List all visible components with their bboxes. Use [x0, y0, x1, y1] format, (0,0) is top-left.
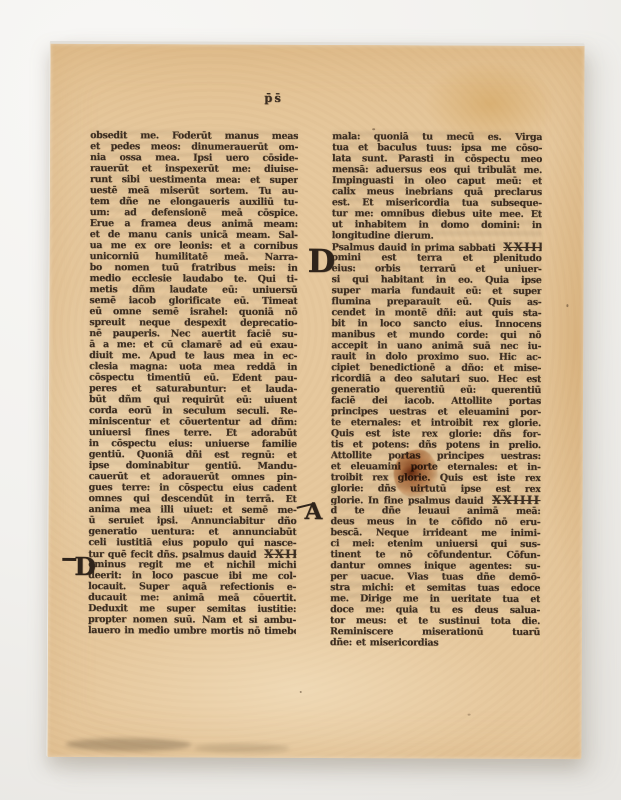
text-line: Quis est iste rex glorie: dñs for- — [331, 428, 541, 440]
text-line: bescā. Neque irrideant me inimi- — [330, 527, 540, 539]
text-line: Psalmus dauid in prima sabbati XXIII — [332, 241, 542, 253]
text-line: est. Et misericordia tua subseque- — [332, 197, 542, 209]
running-header: p̄s̄ — [264, 91, 324, 105]
text-line: propter nomen suū. Nam et si ambu- — [88, 614, 296, 626]
text-line: rauit in dolo proximo suo. Hic ac- — [331, 351, 541, 363]
text-line: glorie. In fine psalmus dauid XXIIII — [331, 494, 541, 506]
text-line: Attollite portas principes uestras: — [331, 450, 541, 462]
right-text-column: D A mala: quoniā tu mecū es. Virgatua et… — [330, 131, 542, 649]
text-line: locauit. Super aquā refectionis e- — [88, 581, 296, 593]
text-line: clesia magna: uota mea reddā in — [89, 361, 297, 373]
text-line: d te dñe leuaui animā meā: — [330, 505, 540, 517]
text-line: flumina preparauit eū. Quis as- — [331, 296, 541, 308]
text-line: uestē meā miserūt sortem. Tu au- — [90, 185, 298, 197]
text-line: mala: quoniā tu mecū es. Virga — [332, 131, 542, 143]
text-line: Erue a framea deus animā meam: — [90, 218, 298, 230]
text-line: te eternales: et introibit rex glorie. — [331, 417, 541, 429]
drop-cap-psalm-24: A — [304, 502, 322, 521]
text-line: accepit in uano animā suā nec iu- — [331, 340, 541, 352]
text-line: rauerūt et inspexerūt me: diuise- — [90, 163, 298, 175]
text-line: tua et baculus tuus: ipsa me cōso- — [332, 142, 542, 154]
text-line: Impinguasti in oleo caput meū: et — [332, 175, 542, 187]
text-line: runt sibi uestimenta mea: et super — [90, 174, 298, 186]
text-line: diuit me. Apud te laus mea in ec- — [89, 350, 297, 362]
text-line: semē iacob glorificate eū. Timeat — [89, 295, 297, 307]
text-line: glorie: dñs uirtutū ipse est rex — [331, 483, 541, 495]
text-line: obsedit me. Foderūt manus meas — [90, 130, 298, 142]
text-line: et pedes meos: dinumerauerūt om- — [90, 141, 298, 153]
text-line: cauerūt et adorauerūt omnes pin- — [89, 471, 297, 483]
text-line: gentiū. Quoniā dñi est regnū: et — [89, 449, 297, 461]
text-line: ricordiā a deo salutari suo. Hec est — [331, 373, 541, 385]
dirt-smudge — [65, 738, 191, 752]
text-line: um: ad defensionē meā cōspice. — [90, 207, 298, 219]
text-line: manibus et mundo corde: qui nō — [331, 329, 541, 341]
text-line: spreuit neque despexit deprecatio- — [89, 317, 297, 329]
text-line: tur me: omnibus diebus uite mee. Et — [332, 208, 542, 220]
drop-cap-psalm-23: D — [308, 248, 336, 275]
text-line: cōspectu timentiū eū. Edent pau- — [89, 372, 297, 384]
text-line: per uacue. Vias tuas dñe demō- — [330, 571, 540, 583]
text-line: ipse dominabitur gentiū. Mandu- — [89, 460, 297, 472]
text-line: ut inhabitem in domo domini: in — [332, 219, 542, 231]
text-line: ā a me: et cū clamarē ad eū exau- — [89, 339, 297, 351]
text-line: medio ecclesie laudabo te. Qui ti- — [90, 273, 298, 285]
text-line: tinent te nō cōfundentur. Cōfun- — [330, 549, 540, 561]
text-line: nia ossa mea. Ipsi uero cōside- — [90, 152, 298, 164]
text-line: bo nomen tuū fratribus meis: in — [90, 262, 298, 274]
text-line: generatio querentiū eū: querentiū — [331, 384, 541, 396]
text-line: tur quē fecit dñs. psalmus dauid XXII — [88, 548, 296, 560]
text-line: eū omne semē israhel: quoniā nō — [89, 306, 297, 318]
ink-fleck — [566, 304, 568, 307]
ink-fleck — [300, 691, 302, 693]
text-line: peres et saturabuntur: et lauda- — [89, 383, 297, 395]
chapter-numeral: XXIIII — [488, 494, 540, 506]
text-line: ū seruiet ipsi. Annunciabitur dño — [88, 515, 296, 527]
text-line: tem dñe ne elongaueris auxiliū tu- — [90, 196, 298, 208]
text-line: me. Dirige me in ueritate tua et — [330, 593, 540, 605]
text-line: ua me ex ore leonis: et a cornibus — [90, 240, 298, 252]
chapter-numeral: XXIII — [499, 241, 541, 253]
text-line: si qui habitant in eo. Quia ipse — [332, 274, 542, 286]
text-line: super maria fundauit eū: et super — [331, 285, 541, 297]
text-line: anima mea illi uiuet: et semē me- — [88, 504, 296, 516]
left-text-column: D obsedit me. Foderūt manus measet pedes… — [88, 130, 298, 637]
ink-fleck — [372, 128, 375, 130]
text-line: Reminiscere miserationū tuarū — [330, 626, 540, 638]
text-line: faciē dei iacob. Attollite portas — [331, 395, 541, 407]
text-line: būt dñm qui requirūt eū: uiuent — [89, 394, 297, 406]
text-line: uniuersi fines terre. Et adorabūt — [89, 427, 297, 439]
text-line: ominus regit me et nichil michi — [88, 559, 296, 571]
text-line: dantur omnes inique agentes: su- — [330, 560, 540, 572]
text-line: generatio uentura: et annunciabūt — [88, 526, 296, 538]
text-line: lauero in medio umbre mortis nō timebo — [88, 625, 296, 637]
dirt-smudge — [193, 743, 289, 752]
text-line: principes uestras et eleuamini por- — [331, 406, 541, 418]
text-line: tor meus: et te sustinui tota die. — [330, 615, 540, 627]
ink-fleck — [468, 714, 471, 716]
photo-backdrop: p̄s̄ D obsedit me. Foderūt manus measet … — [0, 0, 621, 800]
text-line: omnes qui descendūt in terrā. Et — [89, 493, 297, 505]
text-line: deerit: in loco pascue ibi me col- — [88, 570, 296, 582]
drop-cap-psalm-22: D — [74, 556, 95, 577]
text-line: et de manu canis unicā meam. Sal- — [90, 229, 298, 241]
text-line: nē pauperis. Nec auertit faciē su- — [89, 328, 297, 340]
text-line: gues terre: in cōspectu eius cadent — [89, 482, 297, 494]
text-line: doce me: quia tu es deus salua- — [330, 604, 540, 616]
text-line: tis et potens: dñs potens in prelio. — [331, 439, 541, 451]
text-line: calix meus inebrians quā preclarus — [332, 186, 542, 198]
text-line: lata sunt. Parasti in cōspectu meo — [332, 153, 542, 165]
text-line: metis dñm laudate eū: uniuersū — [89, 284, 297, 296]
text-line: celi iustitiā eius populo qui nasce- — [88, 537, 296, 549]
text-line: unicorniū humilitatē meā. Narra- — [90, 251, 298, 263]
text-line: mensā: aduersus eos qui tribulāt me. — [332, 164, 542, 176]
text-line: bit in loco sancto eius. Innocens — [331, 318, 541, 330]
text-line: ci mei: etenim uniuersi qui sus- — [330, 538, 540, 550]
text-line: eius: orbis terrarū et uniuer- — [332, 263, 542, 275]
text-line: dñe: et misericordias — [330, 637, 540, 649]
text-line: cipiet benedictionē a dño: et mise- — [331, 362, 541, 374]
text-line: deus meus in te cōfido nō eru- — [330, 516, 540, 528]
text-line: omini est terra et plenitudo — [332, 252, 542, 264]
text-line: corda eorū in seculum seculi. Re- — [89, 405, 297, 417]
rust-stain-core — [401, 465, 421, 480]
text-line: miniscentur et cōuertentur ad dñm: — [89, 416, 297, 428]
manuscript-leaf: p̄s̄ D obsedit me. Foderūt manus measet … — [46, 41, 584, 759]
text-line: cendet in montē dñi: aut quis sta- — [331, 307, 541, 319]
text-line: ducauit me: animā meā cōuertit. — [88, 592, 296, 604]
text-line: longitudine dierum. — [332, 230, 542, 242]
text-line: stra michi: et semitas tuas edoce — [330, 582, 540, 594]
text-line: Deduxit me super semitas iustitie: — [88, 603, 296, 615]
text-line: in cōspectu eius: uniuerse familie — [89, 438, 297, 450]
chapter-numeral: XXII — [260, 548, 296, 560]
